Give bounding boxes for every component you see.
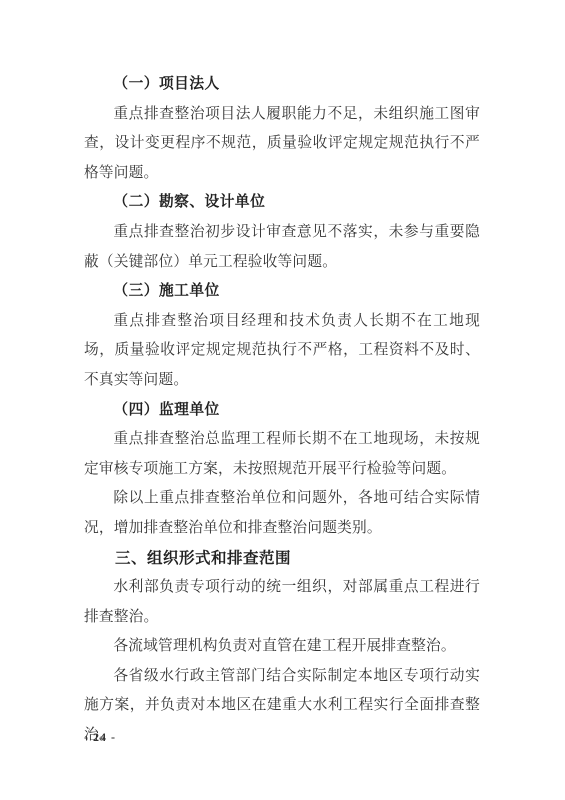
paragraph: 重点排查整治项目法人履职能力不足，未组织施工图审查，设计变更程序不规范，质量验收…: [84, 100, 480, 189]
paragraph: 重点排查整治项目经理和技术负责人长期不在工地现场，质量验收评定规定规范执行不严格…: [84, 307, 480, 396]
paragraph: 水利部负责专项行动的统一组织，对部属重点工程进行排查整治。: [84, 573, 480, 632]
document-page: （一）项目法人 重点排查整治项目法人履职能力不足，未组织施工图审查，设计变更程序…: [0, 0, 565, 800]
chapter-heading: 三、组织形式和排查范围: [84, 544, 480, 574]
subsection-heading: （四）监理单位: [84, 396, 480, 426]
paragraph: 各流域管理机构负责对直管在建工程开展排查整治。: [84, 632, 480, 662]
paragraph: 各省级水行政主管部门结合实际制定本地区专项行动实施方案，并负责对本地区在建重大水…: [84, 662, 480, 751]
paragraph: 重点排查整治总监理工程师长期不在工地现场，未按规定审核专项施工方案，未按照规范开…: [84, 425, 480, 484]
subsection-heading: （二）勘察、设计单位: [84, 188, 480, 218]
page-number: - 24 -: [84, 730, 116, 745]
paragraph: 重点排查整治初步设计审查意见不落实，未参与重要隐蔽（关键部位）单元工程验收等问题…: [84, 218, 480, 277]
document-content: （一）项目法人 重点排查整治项目法人履职能力不足，未组织施工图审查，设计变更程序…: [84, 70, 480, 751]
paragraph: 除以上重点排查整治单位和问题外，各地可结合实际情况，增加排查整治单位和排查整治问…: [84, 484, 480, 543]
subsection-heading: （三）施工单位: [84, 277, 480, 307]
subsection-heading: （一）项目法人: [84, 70, 480, 100]
